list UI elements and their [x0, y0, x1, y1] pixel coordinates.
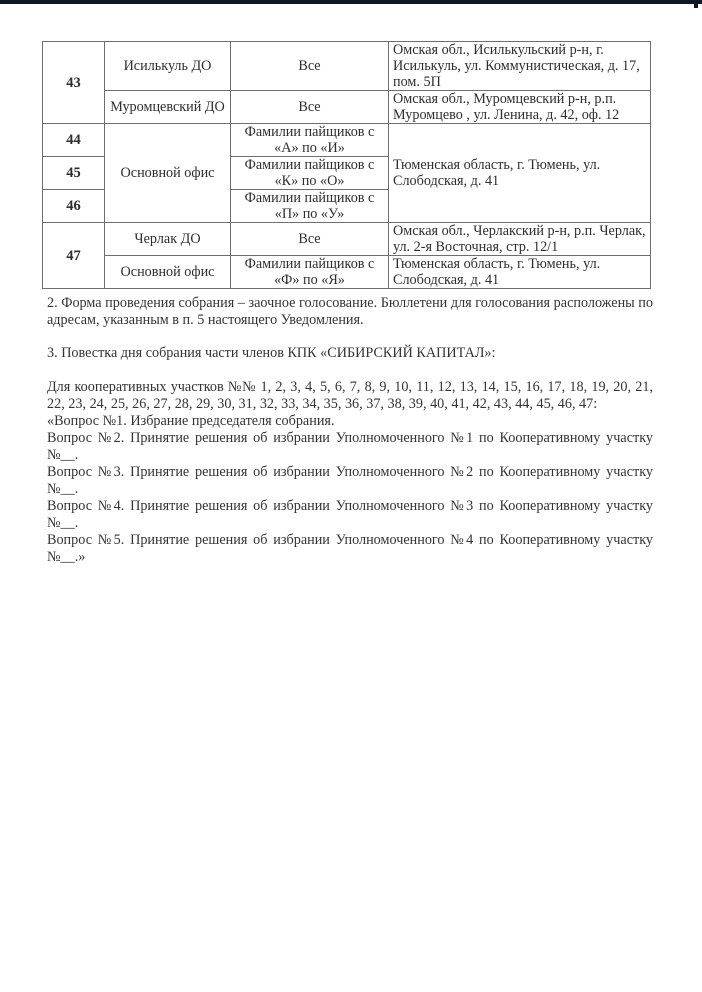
section-2-line-1: 2. Форма проведения собрания – заочное г… [47, 295, 653, 312]
agenda-question-5-cont: №__.» [47, 549, 653, 566]
agenda-question-4: Вопрос №4. Принятие решения об избрании … [47, 498, 653, 515]
agenda-question-5: Вопрос №5. Принятие решения об избрании … [47, 532, 653, 549]
member-scope: Все [231, 223, 389, 256]
section-3-heading: 3. Повестка дня собрания части членов КП… [47, 345, 653, 362]
section-3-agenda-heading: 3. Повестка дня собрания части членов КП… [47, 345, 653, 362]
table-row: Муромцевский ДО Все Омская обл., Муромце… [43, 91, 651, 124]
table-row: 43 Исилькуль ДО Все Омская обл., Исильку… [43, 42, 651, 91]
office-name: Муромцевский ДО [105, 91, 231, 124]
branch-table: 43 Исилькуль ДО Все Омская обл., Исильку… [42, 41, 650, 289]
office-name: Черлак ДО [105, 223, 231, 256]
office-address: Омская обл., Черлакский р-н, р.п. Черлак… [389, 223, 651, 256]
office-name: Исилькуль ДО [105, 42, 231, 91]
agenda-question-2: Вопрос №2. Принятие решения об избрании … [47, 430, 653, 447]
area-number: 44 [43, 124, 105, 157]
member-scope: Фамилии пайщиков с «К» по «О» [231, 157, 389, 190]
member-scope: Все [231, 91, 389, 124]
office-name: Основной офис [105, 124, 231, 223]
agenda-question-4-cont: №__. [47, 515, 653, 532]
member-scope: Фамилии пайщиков с «Ф» по «Я» [231, 256, 389, 289]
office-address: Тюменская область, г. Тюмень, ул. Слобод… [389, 124, 651, 223]
section-2-voting-form: 2. Форма проведения собрания – заочное г… [47, 295, 653, 329]
member-scope: Фамилии пайщиков с «П» по «У» [231, 190, 389, 223]
agenda-intro-line-2: 22, 23, 24, 25, 26, 27, 28, 29, 30, 31, … [47, 396, 653, 413]
branch-addresses-table: 43 Исилькуль ДО Все Омская обл., Исильку… [42, 41, 651, 289]
table-row: Основной офис Фамилии пайщиков с «Ф» по … [43, 256, 651, 289]
member-scope: Фамилии пайщиков с «А» по «И» [231, 124, 389, 157]
agenda-question-3: Вопрос №3. Принятие решения об избрании … [47, 464, 653, 481]
agenda-question-3-cont: №__. [47, 481, 653, 498]
agenda-intro-line-1: Для кооперативных участков №№ 1, 2, 3, 4… [47, 379, 653, 396]
office-address: Омская обл., Исилькульский р-н, г. Исиль… [389, 42, 651, 91]
agenda-question-1: «Вопрос №1. Избрание председателя собран… [47, 413, 653, 430]
area-number: 47 [43, 223, 105, 289]
agenda-question-2-cont: №__. [47, 447, 653, 464]
scan-top-edge [0, 0, 702, 4]
office-address: Омская обл., Муромцевский р-н, р.п. Муро… [389, 91, 651, 124]
section-2-line-2: адресам, указанным в п. 5 настоящего Уве… [47, 312, 653, 329]
office-address: Тюменская область, г. Тюмень, ул. Слобод… [389, 256, 651, 289]
area-number: 43 [43, 42, 105, 124]
member-scope: Все [231, 42, 389, 91]
office-name: Основной офис [105, 256, 231, 289]
table-row: 44 Основной офис Фамилии пайщиков с «А» … [43, 124, 651, 157]
scan-edge-corner [694, 0, 698, 8]
area-number: 45 [43, 157, 105, 190]
section-3-agenda: Для кооперативных участков №№ 1, 2, 3, 4… [47, 379, 653, 566]
table-row: 47 Черлак ДО Все Омская обл., Черлакский… [43, 223, 651, 256]
area-number: 46 [43, 190, 105, 223]
